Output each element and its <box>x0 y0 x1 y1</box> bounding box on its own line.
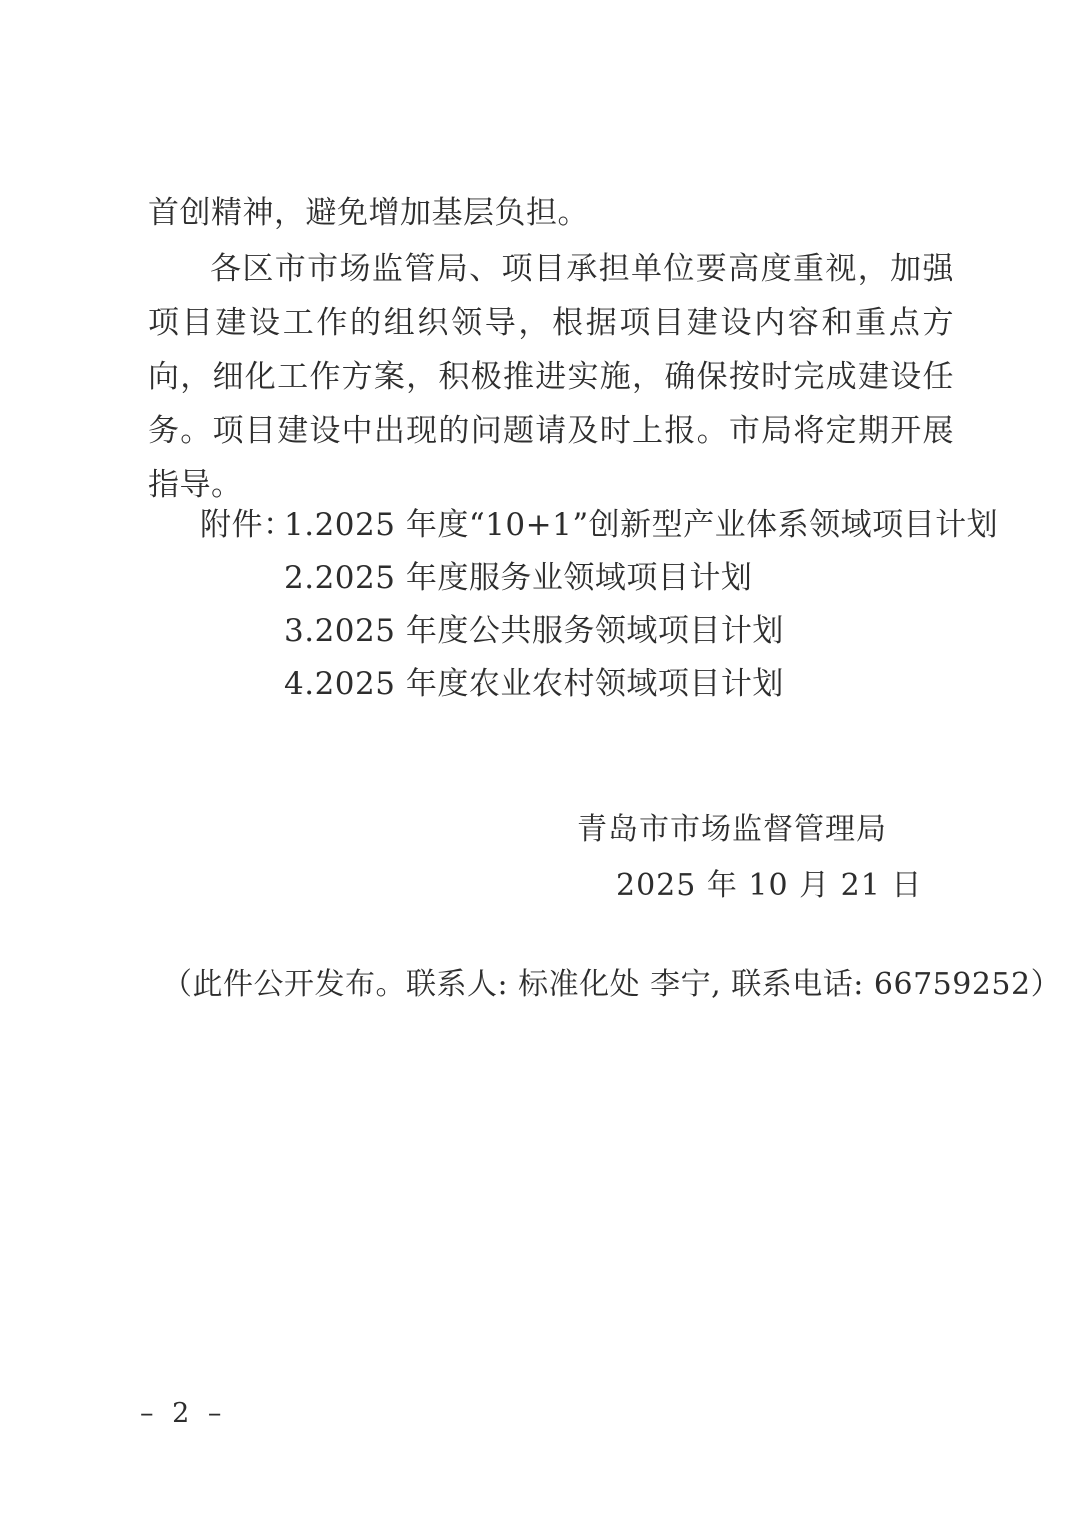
attachment-item-4: 4.2025 年度农业农村领域项目计划 <box>284 658 960 711</box>
page-number: – 2 – <box>140 1396 226 1432</box>
issuer-name: 青岛市市场监督管理局 <box>577 808 887 852</box>
attachments-list: 1.2025 年度“10+1”创新型产业体系领域项目计划 2.2025 年度服务… <box>284 499 960 711</box>
issue-date: 2025 年 10 月 21 日 <box>616 864 922 908</box>
document-page: 首创精神，避免增加基层负担。 各区市市场监管局、项目承担单位要高度重视，加强项目… <box>0 0 1080 1527</box>
attachment-item-2: 2.2025 年度服务业领域项目计划 <box>284 552 960 605</box>
attachment-item-1: 1.2025 年度“10+1”创新型产业体系领域项目计划 <box>284 499 960 552</box>
body-continuation-line: 首创精神，避免增加基层负担。 <box>148 186 958 240</box>
attachments-block: 附件： 1.2025 年度“10+1”创新型产业体系领域项目计划 2.2025 … <box>200 499 960 711</box>
attachments-label: 附件： <box>200 499 295 552</box>
attachment-item-3: 3.2025 年度公共服务领域项目计划 <box>284 605 960 658</box>
body-paragraph: 各区市市场监管局、项目承担单位要高度重视，加强项目建设工作的组织领导，根据项目建… <box>148 242 954 512</box>
publication-contact-note: （此件公开发布。联系人: 标准化处 李宁, 联系电话: 66759252） <box>162 962 962 1008</box>
